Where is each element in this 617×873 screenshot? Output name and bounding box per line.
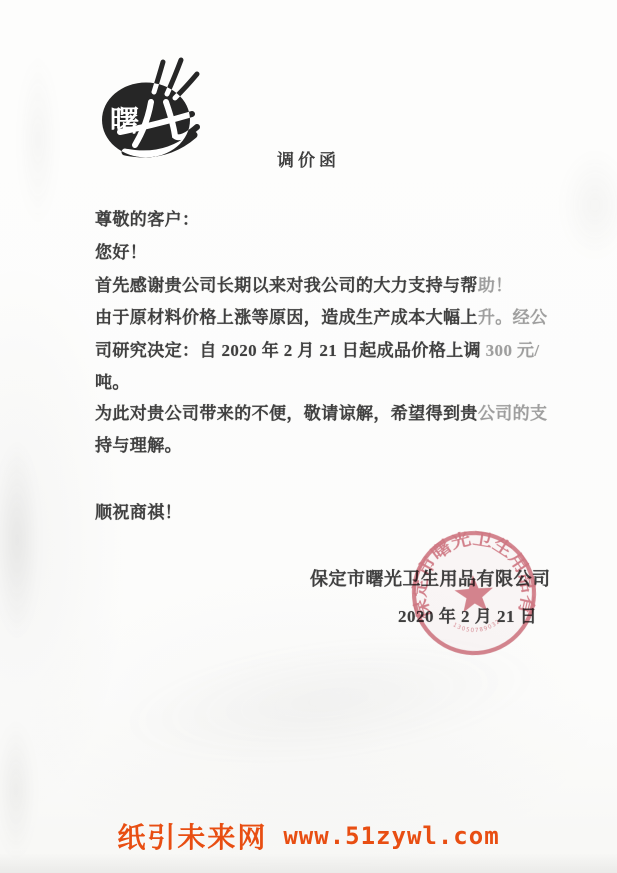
scan-smudge [0, 440, 40, 640]
body-text: 持与理解。 [95, 436, 182, 455]
letter-title: 调价函 [0, 146, 617, 171]
body-text-faded: 300 元/ [486, 341, 540, 360]
body-line: 首先感谢贵公司长期以来对我公司的大力支持与帮助！ [95, 277, 513, 294]
body-text-faded: 公司的支 [478, 404, 548, 423]
body-line: 持与理解。 [95, 437, 182, 454]
greeting-text: 您好！ [95, 243, 147, 262]
watermark-site-name: 纸引未来网 [117, 821, 267, 854]
body-text: 首先感谢贵公司长期以来对我公司的大力支持与帮 [95, 276, 478, 295]
body-text: 司研究决定：自 2020 年 2 月 21 日起成品价格上调 [95, 341, 486, 360]
site-watermark: 纸引未来网 www.51zywl.com [0, 816, 617, 856]
body-text: 吨。 [95, 373, 130, 392]
page-bottom-shadow [0, 853, 617, 873]
body-line: 司研究决定：自 2020 年 2 月 21 日起成品价格上调 300 元/ [95, 342, 540, 359]
scanned-letter-page: 光 曙 调价函 尊敬的客户： 您好！ 首先感谢贵公司长期以来对我公司的 [0, 0, 617, 873]
closing-text: 顺祝商祺！ [95, 503, 182, 522]
body-text-faded: 升。经公 [478, 308, 548, 327]
body-text: 由于原材料价格上涨等原因，造成生产成本大幅上 [95, 308, 478, 327]
body-text-faded: 助！ [478, 276, 513, 295]
salutation-line: 尊敬的客户： [95, 211, 199, 228]
body-line: 为此对贵公司带来的不便，敬请谅解，希望得到贵公司的支 [95, 405, 547, 422]
body-line: 由于原材料价格上涨等原因，造成生产成本大幅上升。经公 [95, 309, 547, 326]
body-text: 为此对贵公司带来的不便，敬请谅解，希望得到贵 [95, 404, 478, 423]
greeting-line: 您好！ [95, 244, 147, 261]
scan-smudge [18, 55, 58, 225]
company-seal: 保定市曙光卫生用品有限公司 1305078903261 [394, 513, 554, 673]
salutation-text: 尊敬的客户： [95, 210, 199, 229]
body-line: 吨。 [95, 374, 130, 391]
watermark-url: www.51zywl.com [283, 822, 499, 850]
closing-line: 顺祝商祺！ [95, 504, 182, 521]
